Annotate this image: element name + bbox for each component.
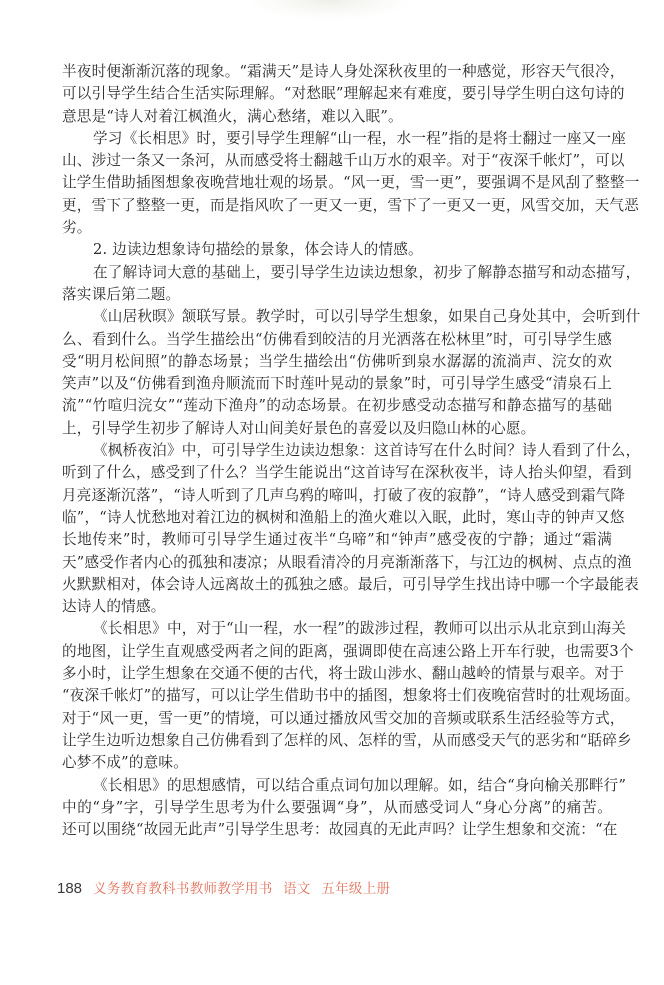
paragraph: 学习《长相思》时，要引导学生理解“山一程，水一程”指的是将士翻过一座又一座 山、… bbox=[62, 128, 612, 239]
book-subject: 语文 bbox=[283, 881, 311, 897]
text-line: 在了解诗词大意的基础上，要引导学生边读边想象，初步了解静态描写和动态描写， bbox=[62, 262, 612, 284]
text-line: 2. 边读边想象诗句描绘的景象，体会诗人的情感。 bbox=[62, 239, 612, 261]
paragraph: 在了解诗词大意的基础上，要引导学生边读边想象，初步了解静态描写和动态描写， 落实… bbox=[62, 262, 612, 307]
text-line: 《长相思》中，对于“山一程，水一程”的跋涉过程，教师可以出示从北京到山海关 bbox=[62, 618, 612, 640]
book-grade: 五年级上册 bbox=[321, 881, 390, 897]
text-line: 长地传来”时，教师可引导学生通过夜半“乌啼”和“钟声”感受夜的宁静；通过“霜满 bbox=[62, 529, 612, 551]
text-line: 落实课后第二题。 bbox=[62, 284, 612, 306]
paragraph: 《山居秋暝》颔联写景。教学时，可以引导学生想象，如果自己身处其中，会听到什 么、… bbox=[62, 306, 612, 440]
text-line: 火默默相对，体会诗人远离故土的孤独之感。最后，可引导学生找出诗中哪一个字最能表 bbox=[62, 574, 612, 596]
paragraph: 《长相思》的思想感情，可以结合重点词句加以理解。如，结合“身向榆关那畔行” 中的… bbox=[62, 775, 612, 842]
section-heading: 2. 边读边想象诗句描绘的景象，体会诗人的情感。 bbox=[62, 239, 612, 261]
scan-shadow bbox=[250, 0, 410, 20]
text-line: 半夜时便渐渐沉落的现象。“霜满天”是诗人身处深秋夜里的一种感觉，形容天气很冷， bbox=[62, 61, 612, 83]
text-line: 学习《长相思》时，要引导学生理解“山一程，水一程”指的是将士翻过一座又一座 bbox=[62, 128, 612, 150]
text-line: 劣。 bbox=[62, 217, 612, 239]
text-line: 中的“身”字，引导学生思考为什么要强调“身”，从而感受词人“身心分离”的痛苦。 bbox=[62, 797, 612, 819]
text-line: 月亮逐渐沉落”，“诗人听到了几声乌鸦的啼叫，打破了夜的寂静”，“诗人感受到霜气降 bbox=[62, 485, 612, 507]
paragraph: 《长相思》中，对于“山一程，水一程”的跋涉过程，教师可以出示从北京到山海关 的地… bbox=[62, 618, 612, 774]
page-number: 188 bbox=[57, 880, 82, 897]
text-line: 笑声”以及“仿佛看到渔舟顺流而下时莲叶晃动的景象”时，可引导学生感受“清泉石上 bbox=[62, 373, 612, 395]
text-line: 让学生边听边想象自己仿佛看到了怎样的风、怎样的雪，从而感受天气的恶劣和“聒碎乡 bbox=[62, 730, 612, 752]
text-line: 受“明月松间照”的静态场景；当学生描绘出“仿佛听到泉水潺潺的流淌声、浣女的欢 bbox=[62, 351, 612, 373]
text-line: “夜深千帐灯”的描写，可以让学生借助书中的插图，想象将士们夜晚宿营时的壮观场面。 bbox=[62, 685, 612, 707]
text-line: 心梦不成”的意味。 bbox=[62, 752, 612, 774]
text-line: 山、涉过一条又一条河，从而感受将士翻越千山万水的艰辛。对于“夜深千帐灯”，可以 bbox=[62, 150, 612, 172]
text-line: 多小时，让学生想象在交通不便的古代，将士跋山涉水、翻山越岭的情景与艰辛。对于 bbox=[62, 663, 612, 685]
text-line: 的地图，让学生直观感受两者之间的距离，强调即使在高速公路上开车行驶，也需要3个 bbox=[62, 641, 612, 663]
text-line: 么、看到什么。当学生描绘出“仿佛看到皎洁的月光洒落在松林里”时，可引导学生感 bbox=[62, 329, 612, 351]
paragraph: 《枫桥夜泊》中，可引导学生边读边想象：这首诗写在什么时间？诗人看到了什么， 听到… bbox=[62, 440, 612, 618]
text-line: 《枫桥夜泊》中，可引导学生边读边想象：这首诗写在什么时间？诗人看到了什么， bbox=[62, 440, 612, 462]
page-body: 半夜时便渐渐沉落的现象。“霜满天”是诗人身处深秋夜里的一种感觉，形容天气很冷， … bbox=[62, 61, 612, 841]
book-title: 义务教育教科书教师教学用书 语文 五年级上册 bbox=[93, 881, 396, 897]
text-line: 还可以围绕“故园无此声”引导学生思考：故园真的无此声吗？让学生想象和交流：“在 bbox=[62, 819, 612, 841]
text-line: 《山居秋暝》颔联写景。教学时，可以引导学生想象，如果自己身处其中，会听到什 bbox=[62, 306, 612, 328]
text-line: 听到了什么，感受到了什么？当学生能说出“这首诗写在深秋夜半，诗人抬头仰望，看到 bbox=[62, 462, 612, 484]
text-line: 对于“风一更，雪一更”的情境，可以通过播放风雪交加的音频或联系生活经验等方式， bbox=[62, 708, 612, 730]
paragraph: 半夜时便渐渐沉落的现象。“霜满天”是诗人身处深秋夜里的一种感觉，形容天气很冷， … bbox=[62, 61, 612, 128]
text-line: 天”感受作者内心的孤独和凄凉；从眼看清冷的月亮渐渐落下，与江边的枫树、点点的渔 bbox=[62, 552, 612, 574]
text-line: 更，雪下了整整一更，而是指风吹了一更又一更，雪下了一更又一更，风雪交加，天气恶 bbox=[62, 195, 612, 217]
text-line: 《长相思》的思想感情，可以结合重点词句加以理解。如，结合“身向榆关那畔行” bbox=[62, 775, 612, 797]
text-line: 上，引导学生初步了解诗人对山间美好景色的喜爱以及归隐山林的心愿。 bbox=[62, 418, 612, 440]
text-line: 流”“竹喧归浣女”“莲动下渔舟”的动态场景。在初步感受动态描写和静态描写的基础 bbox=[62, 395, 612, 417]
text-line: 意思是“诗人对着江枫渔火，满心愁绪，难以入眠”。 bbox=[62, 106, 612, 128]
text-line: 临”，“诗人忧愁地对着江边的枫树和渔船上的渔火难以入眠，此时，寒山寺的钟声又悠 bbox=[62, 507, 612, 529]
text-line: 可以引导学生结合生活实际理解。“对愁眠”理解起来有难度，要引导学生明白这句诗的 bbox=[62, 83, 612, 105]
page-footer: 188 义务教育教科书教师教学用书 语文 五年级上册 bbox=[57, 878, 396, 898]
text-line: 达诗人的情感。 bbox=[62, 596, 612, 618]
text-line: 让学生借助插图想象夜晚营地壮观的场景。“风一更，雪一更”，要强调不是风刮了整整一 bbox=[62, 172, 612, 194]
book-series: 义务教育教科书教师教学用书 bbox=[93, 881, 272, 897]
